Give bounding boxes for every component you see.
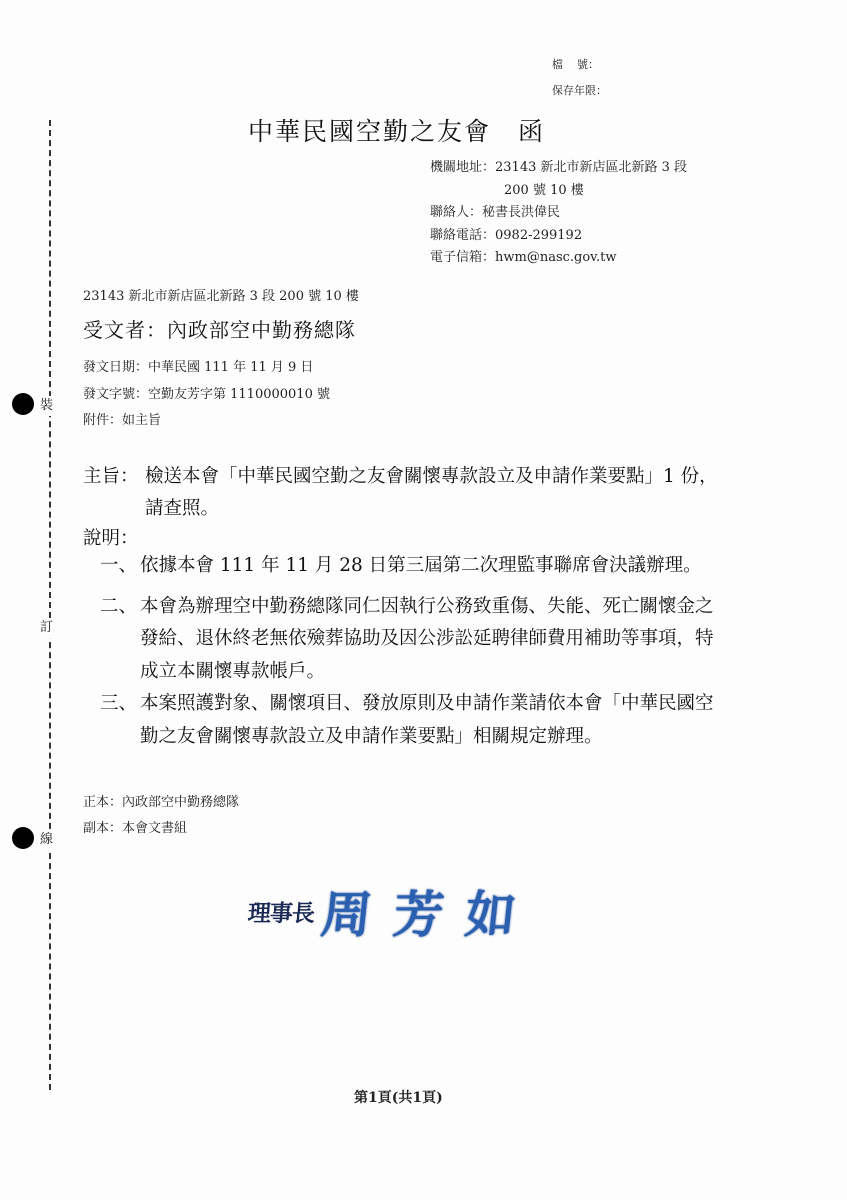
- explanation-list: 一、 依據本會 111 年 11 月 28 日第三屆第二次理監事聯席會決議辦理。…: [100, 550, 725, 753]
- organization-info: 機關地址：23143 新北市新店區北新路 3 段 200 號 10 樓 聯絡人：…: [430, 157, 687, 270]
- duplicate-copy-recipient: 副本：本會文書組: [83, 816, 239, 842]
- binding-hole-icon: [12, 393, 34, 415]
- explanation-label: 說明：: [83, 524, 139, 550]
- explanation-item: 二、 本會為辦理空中勤務總隊同仁因執行公務致重傷、失能、死亡關懷金之發給、退休終…: [100, 591, 725, 689]
- org-address-line1: 機關地址：23143 新北市新店區北新路 3 段: [430, 157, 687, 180]
- attachment: 附件：如主旨: [83, 408, 330, 435]
- binding-dashed-line: [49, 120, 51, 1090]
- issue-date: 發文日期：中華民國 111 年 11 月 9 日: [83, 355, 330, 382]
- copies-section: 正本：內政部空中勤務總隊 副本：本會文書組: [83, 790, 239, 842]
- file-meta: 檔 號： 保存年限：: [552, 52, 607, 104]
- binding-mark-xian: 線: [40, 830, 53, 850]
- explanation-item-number: 二、: [100, 591, 140, 689]
- recipient-name: 受文者：內政部空中勤務總隊: [83, 314, 356, 343]
- document-title: 中華民國空勤之友會 函: [248, 112, 545, 148]
- subject-section: 主旨： 檢送本會「中華民國空勤之友會關懷專款設立及申請作業要點」1 份，請查照。: [83, 461, 723, 525]
- org-address-label: 機關地址：: [430, 160, 495, 175]
- file-number-label: 檔 號：: [552, 52, 607, 78]
- explanation-item: 三、 本案照護對象、關懷項目、發放原則及申請作業請依本會「中華民國空勤之友會關懷…: [100, 688, 725, 753]
- contact-email: 電子信箱：hwm@nasc.gov.tw: [430, 247, 687, 270]
- org-address-value: 23143 新北市新店區北新路 3 段: [495, 160, 687, 175]
- subject-text: 檢送本會「中華民國空勤之友會關懷專款設立及申請作業要點」1 份，請查照。: [145, 461, 723, 525]
- explanation-item: 一、 依據本會 111 年 11 月 28 日第三屆第二次理監事聯席會決議辦理。: [100, 550, 725, 583]
- signatory-seal-name: 周芳如: [318, 875, 542, 947]
- issue-meta: 發文日期：中華民國 111 年 11 月 9 日 發文字號：空勤友芳字第 111…: [83, 355, 330, 435]
- subject-label: 主旨：: [83, 461, 145, 493]
- original-copy-recipient: 正本：內政部空中勤務總隊: [83, 790, 239, 816]
- page-indicator: 第1頁(共1頁): [354, 1087, 443, 1107]
- signatory-title: 理事長: [247, 895, 315, 928]
- retention-period-label: 保存年限：: [552, 78, 607, 104]
- recipient-address: 23143 新北市新店區北新路 3 段 200 號 10 樓: [83, 285, 359, 304]
- explanation-item-text: 依據本會 111 年 11 月 28 日第三屆第二次理監事聯席會決議辦理。: [140, 550, 725, 583]
- explanation-item-text: 本會為辦理空中勤務總隊同仁因執行公務致重傷、失能、死亡關懷金之發給、退休終老無依…: [140, 591, 725, 689]
- binding-hole-icon: [12, 827, 34, 849]
- contact-person: 聯絡人：秘書長洪偉民: [430, 202, 687, 225]
- binding-mark-zhuang: 裝: [40, 396, 53, 416]
- explanation-item-text: 本案照護對象、關懷項目、發放原則及申請作業請依本會「中華民國空勤之友會關懷專款設…: [140, 688, 725, 753]
- signature-block: 理事長 周芳如: [248, 875, 538, 947]
- issue-ref-number: 發文字號：空勤友芳字第 1110000010 號: [83, 382, 330, 409]
- org-address-line2: 200 號 10 樓: [430, 180, 687, 203]
- document-page: 裝 訂 線 檔 號： 保存年限： 中華民國空勤之友會 函 機關地址：23143 …: [0, 0, 847, 1200]
- explanation-item-number: 三、: [100, 688, 140, 753]
- explanation-item-number: 一、: [100, 550, 140, 583]
- contact-phone: 聯絡電話：0982-299192: [430, 225, 687, 248]
- binding-mark-ding: 訂: [40, 618, 53, 638]
